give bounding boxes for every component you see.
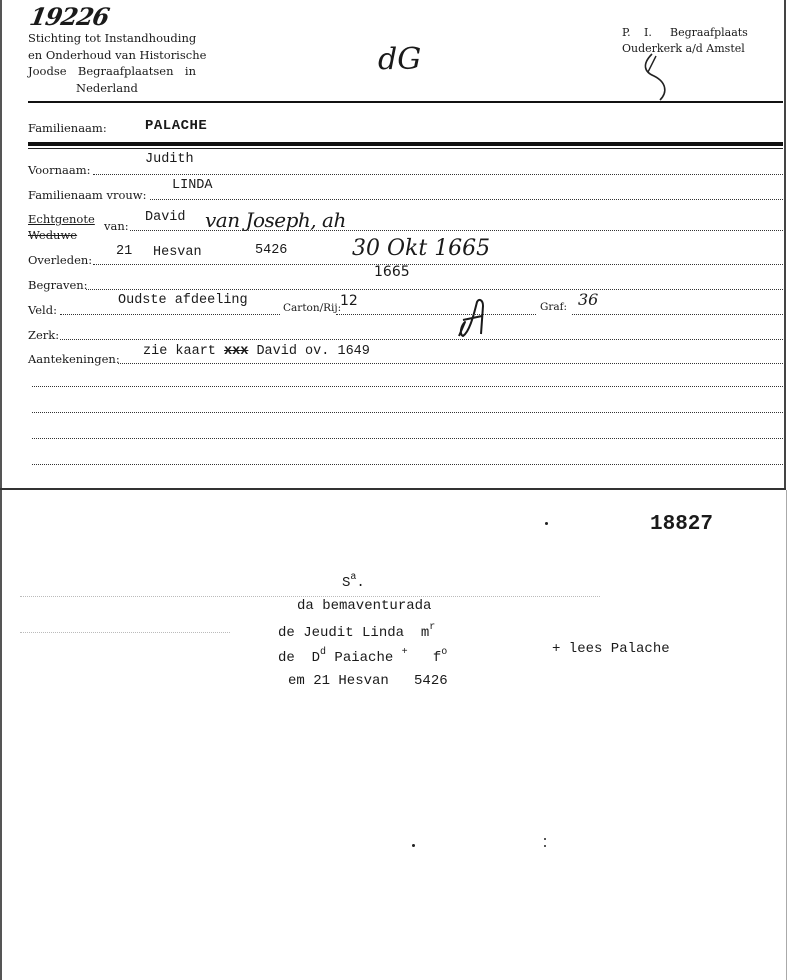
carton-label: Carton/Rij: [283,302,341,314]
veld-value: Oudste afdeeling [118,293,248,308]
overleden-label: Overleden: [28,253,92,267]
note-line-4 [32,464,783,465]
faint-dotted-rule-2 [20,632,230,633]
voornaam-label: Voornaam: [28,163,91,177]
handwritten-accession-number: 19226 [27,2,111,31]
carton-line [336,314,536,315]
van-label: van: [104,219,129,233]
zerk-label: Zerk: [28,328,59,342]
echtgenote-handwritten-addition: van Joseph, ah [205,208,346,232]
header-divider [28,101,783,103]
begraven-label: Begraven: [28,278,88,292]
familienaam-vrouw-line [150,199,783,200]
correction-note: + lees Palache [552,641,670,657]
zerk-line [60,339,783,340]
footer-record-number: 18827 [650,513,713,536]
note-line-1 [32,386,783,387]
familienaam-vrouw-value: LINDA [172,178,213,193]
overleden-line [93,264,783,265]
org-line-1: Stichting tot Instandhouding [28,30,206,47]
card-right-edge [784,0,786,490]
echtgenote-value: David [145,210,186,225]
familienaam-label: Familienaam: [28,121,107,135]
handwritten-center-mark: dG [378,42,421,77]
cemetery-line-1: P.I.Begraafplaats [622,25,748,41]
org-line-4: Nederland [28,80,206,97]
graf-line [572,314,783,315]
note-line-2 [32,412,783,413]
echtgenote-label: Echtgenote [28,212,95,226]
ink-speck-2 [412,844,415,847]
ink-speck-3 [544,838,546,840]
graf-label: Graf: [540,301,567,313]
weduwe-label: Weduwe [28,228,77,242]
voornaam-value: Judith [145,152,194,167]
transcript-line-2: da bemaventurada [297,598,431,614]
card-left-edge [0,0,2,980]
transcript-line-3: de Jeudit Linda mr [278,622,435,641]
carton-value: 12 [340,293,358,309]
overleden-month: Hesvan [153,245,202,260]
handwritten-letter-a-icon [455,296,487,338]
struck-out-text: xxx [224,344,248,359]
transcript-line-4: de Dd Paiache + fo [278,647,447,666]
transcript-line-1: Sa. [342,572,365,591]
graf-value: 36 [578,290,598,309]
aantekeningen-value: zie kaart xxx David ov. 1649 [143,344,370,359]
org-line-3: Joodse Begraafplaatsen in [28,63,196,80]
voornaam-line [93,174,783,175]
ink-speck-4 [544,845,546,847]
overleden-handwritten-date: 30 Okt 1665 [352,236,490,261]
familienaam-value: PALACHE [145,118,207,134]
overleden-day: 21 [116,244,132,259]
overleden-year: 5426 [255,243,287,258]
page-right-edge [786,490,787,980]
veld-line [60,314,280,315]
familienaam-vrouw-label: Familienaam vrouw: [28,188,147,202]
card-bottom-edge [0,488,786,490]
transcript-line-5: em 21 Hesvan 5426 [288,673,448,689]
familienaam-divider [28,142,783,146]
ink-speck [545,522,548,525]
begraven-value: 1665 [374,264,410,280]
familienaam-divider-thin [28,148,783,149]
note-line-3 [32,438,783,439]
aantekeningen-label: Aantekeningen: [28,352,120,366]
handwritten-scribble-icon [640,52,680,102]
faint-dotted-rule [20,596,600,597]
organization-block: Stichting tot Instandhouding en Onderhou… [28,30,206,96]
begraven-line [86,289,783,290]
veld-label: Veld: [28,303,57,317]
aantekeningen-line [118,363,783,364]
org-line-2: en Onderhoud van Historische [28,47,206,64]
